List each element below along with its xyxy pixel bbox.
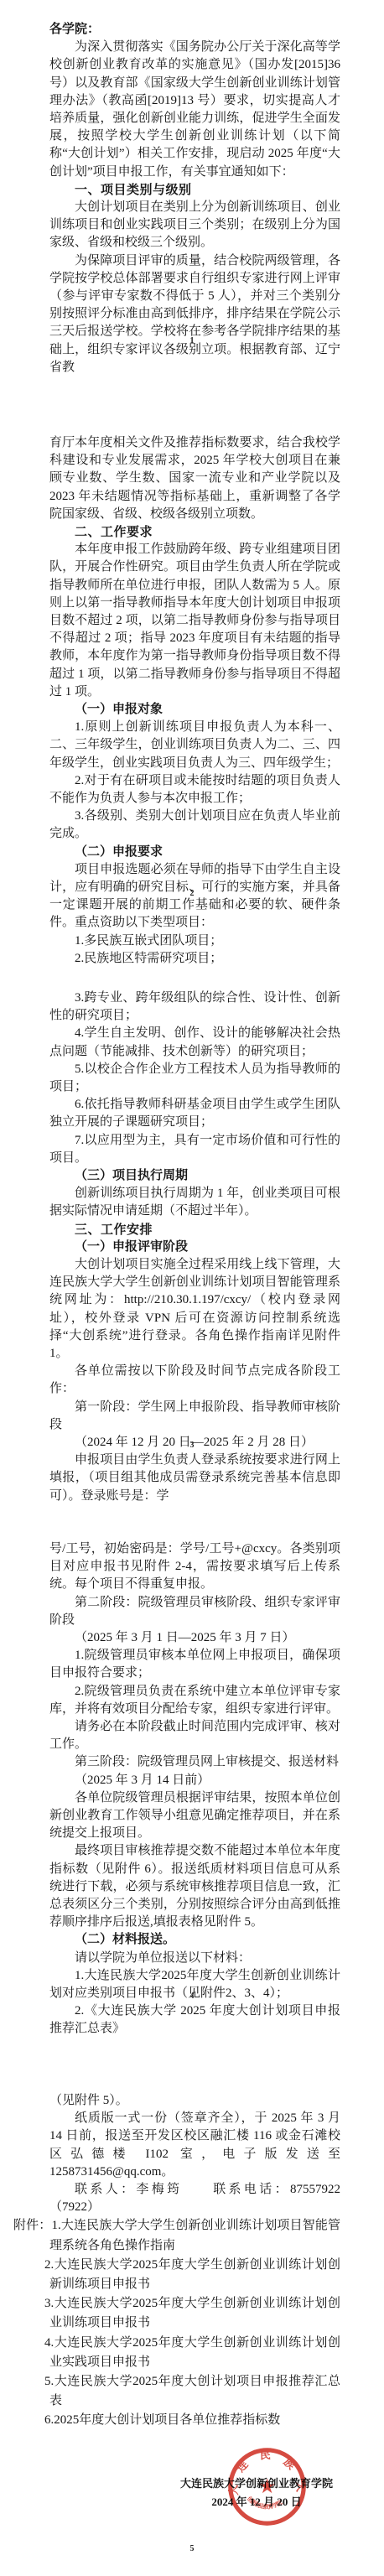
paragraph-continuation: 育厅本年度相关文件及推荐指标数要求，结合我校学科建设和专业发展需求，2025 年… bbox=[49, 434, 340, 523]
paragraph: 2.《大连民族大学 2025 年度大创计划项目申报推荐汇总表》 bbox=[49, 2002, 340, 2038]
list-item: 4.学生自主发明、创作、设计的能够解决社会热点问题（节能减排、技术创新等）的研究… bbox=[49, 1025, 340, 1060]
page-number: 4 bbox=[0, 1992, 384, 2001]
list-item: 3.各级别、类别大创计划项目应在负责人毕业前完成。 bbox=[49, 808, 340, 843]
page-number: 5 bbox=[0, 2544, 384, 2553]
paragraph: 请务必在本阶段截止时间范围内完成评审、核对工作。 bbox=[49, 1718, 340, 1753]
page-number: 3 bbox=[0, 1441, 384, 1450]
paragraph: 申报项目由学生负责人登录系统按要求进行网上填报，（项目组其他成员需登录系统完善基… bbox=[49, 1452, 340, 1505]
page: 3.跨专业、跨年级组队的综合性、设计性、创新性的研究项目；4.学生自主发明、创作… bbox=[0, 968, 384, 1521]
page: 号/工号，初始密码是：学号/工号+@cxcy。各类别项目对应申报书见附件 2-4… bbox=[0, 1521, 384, 2075]
paragraph: 最终项目审核推荐提交数不能超过本单位本年度指标数（见附件 6）。报送纸质材料项目… bbox=[49, 1842, 340, 1931]
attachment-item: 5.大连民族大学2025年度大创计划项目申报推荐汇总表 bbox=[49, 2372, 340, 2411]
list-item: 3.跨专业、跨年级组队的综合性、设计性、创新性的研究项目； bbox=[49, 989, 340, 1025]
list-item: 2.民族地区特需研究项目； bbox=[49, 950, 340, 968]
section-heading: 三、工作安排 bbox=[49, 1221, 340, 1239]
stage-heading: 第一阶段：学生网上申报阶段、指导教师审核阶段 bbox=[49, 1399, 340, 1434]
paragraph-continuation: （见附件 5）。 bbox=[49, 2092, 340, 2110]
paragraph: 本年度申报工作鼓励跨年级、跨专业组建项目团队，开展合作性研究。项目由学生负责人所… bbox=[49, 541, 340, 701]
stage-heading: （2025 年 3 月 1 日—2025 年 3 月 7 日） bbox=[49, 1629, 340, 1647]
list-item: 5.以校企合作企业方工程技术人员为指导教师的项目； bbox=[49, 1061, 340, 1096]
official-seal-stamp: 大连民族大学 ★ 创新创业教育学院 bbox=[227, 2447, 307, 2527]
page-number: 2 bbox=[0, 889, 384, 898]
paragraph: 各单位院级管理员根据评审结果，按照本单位创新创业教育工作领导小组意见确定推荐项目… bbox=[49, 1789, 340, 1843]
attachment-item: 2.大连民族大学2025年度大学生创新创业训练计划创新训练项目申报书 bbox=[49, 2256, 340, 2294]
page: （见附件 5）。纸质版一式一份（签章齐全），于 2025 年 3 月 14 日前… bbox=[0, 2075, 384, 2576]
page-content: （见附件 5）。纸质版一式一份（签章齐全），于 2025 年 3 月 14 日前… bbox=[49, 2092, 340, 2431]
page: 各学院：为深入贯彻落实《国务院办公厅关于深化高等学校创新创业教育改革的实施意见》… bbox=[0, 0, 384, 414]
attachment-item: 3.大连民族大学2025年度大学生创新创业训练计划创业训练项目申报书 bbox=[49, 2294, 340, 2333]
sub-heading: （一）申报评审阶段 bbox=[49, 1239, 340, 1256]
list-item: 2.院级管理员负责在系统中建立本单位评审专家库，并将有效项目分配给专家，组织专家… bbox=[49, 1683, 340, 1718]
paragraph: 创新训练项目执行周期为 1 年，创业类项目可根据实际情况申请延期（不超过半年）。 bbox=[49, 1185, 340, 1220]
sub-heading: （三）项目执行周期 bbox=[49, 1167, 340, 1185]
page-content: 号/工号，初始密码是：学号/工号+@cxcy。各类别项目对应申报书见附件 2-4… bbox=[49, 1540, 340, 2038]
page-content: 3.跨专业、跨年级组队的综合性、设计性、创新性的研究项目；4.学生自主发明、创作… bbox=[49, 989, 340, 1505]
sub-heading: （二）申报要求 bbox=[49, 844, 340, 861]
attachment-item: 4.大连民族大学2025年度大学生创新创业训练计划创业实践项目申报书 bbox=[49, 2334, 340, 2372]
paragraph: 请以学院为单位报送以下材料： bbox=[49, 1950, 340, 1967]
paragraph-continuation: 号/工号，初始密码是：学号/工号+@cxcy。各类别项目对应申报书见附件 2-4… bbox=[49, 1540, 340, 1594]
list-item: 6.依托指导教师科研基金项目由学生或学生团队独立开展的子课题研究项目； bbox=[49, 1096, 340, 1131]
sub-heading: （二）材料报送。 bbox=[49, 1931, 340, 1949]
paragraph: 纸质版一式一份（签章齐全），于 2025 年 3 月 14 日前，报送至开发区校… bbox=[49, 2110, 340, 2181]
paragraph: 各单位需按以下阶段及时间节点完成各阶段工作： bbox=[49, 1363, 340, 1398]
stage-heading: 第二阶段：院级管理员审核阶段、组织专家评审阶段 bbox=[49, 1594, 340, 1629]
paragraph: 大创计划项目在类别上分为创新训练项目、创业训练项目和创业实践项目三个类别；在级别… bbox=[49, 199, 340, 252]
page-number: 1 bbox=[0, 336, 384, 345]
scanned-notice-document: 各学院：为深入贯彻落实《国务院办公厅关于深化高等学校创新创业教育改革的实施意见》… bbox=[0, 0, 384, 2576]
page: 育厅本年度相关文件及推荐指标数要求，结合我校学科建设和专业发展需求，2025 年… bbox=[0, 414, 384, 968]
list-item: 7.以应用型为主，具有一定市场价值和可行性的项目。 bbox=[49, 1132, 340, 1167]
stage-heading: 第三阶段：院级管理员网上审核提交、报送材料 bbox=[49, 1753, 340, 1771]
paragraph: 为保障项目评审的质量，结合校院两级管理，各学院按学校总体部署要求自行组织专家进行… bbox=[49, 252, 340, 377]
page-content: 各学院：为深入贯彻落实《国务院办公厅关于深化高等学校创新创业教育改革的实施意见》… bbox=[49, 21, 340, 377]
list-item: 1.原则上创新训练项目申报负责人为本科一、二、三年级学生，创业训练项目负责人为二… bbox=[49, 719, 340, 772]
list-item: 1.院级管理员审核本单位网上申报项目，确保项目申报符合要求； bbox=[49, 1647, 340, 1682]
salutation: 各学院： bbox=[49, 21, 340, 39]
paragraph: 为深入贯彻落实《国务院办公厅关于深化高等学校创新创业教育改革的实施意见》（国办发… bbox=[49, 39, 340, 181]
page-content: 育厅本年度相关文件及推荐指标数要求，结合我校学科建设和专业发展需求，2025 年… bbox=[49, 434, 340, 968]
list-item: 2.对于有在研项目或未能按时结题的项目负责人不能作为负责人参与本次申报工作； bbox=[49, 772, 340, 808]
paragraph: 联系人：李梅筠 联系电话：87557922（7922） bbox=[49, 2181, 340, 2216]
sub-heading: （一）申报对象 bbox=[49, 701, 340, 719]
section-heading: 一、项目类别与级别 bbox=[49, 181, 340, 199]
attachment-item: 6.2025年度大创计划项目各单位推荐指标数 bbox=[49, 2411, 340, 2430]
stage-heading: （2025 年 3 月 14 日前） bbox=[49, 1772, 340, 1789]
attachment-item: 附件：1.大连民族大学大学生创新创业训练计划项目智能管理系统各角色操作指南 bbox=[49, 2216, 340, 2255]
star-icon: ★ bbox=[258, 2476, 276, 2498]
paragraph: 大创计划项目实施全过程采用线上线下管理，大连民族大学大学生创新创业训练计划项目智… bbox=[49, 1256, 340, 1363]
list-item: 1.多民族互嵌式团队项目； bbox=[49, 932, 340, 950]
section-heading: 二、工作要求 bbox=[49, 523, 340, 541]
